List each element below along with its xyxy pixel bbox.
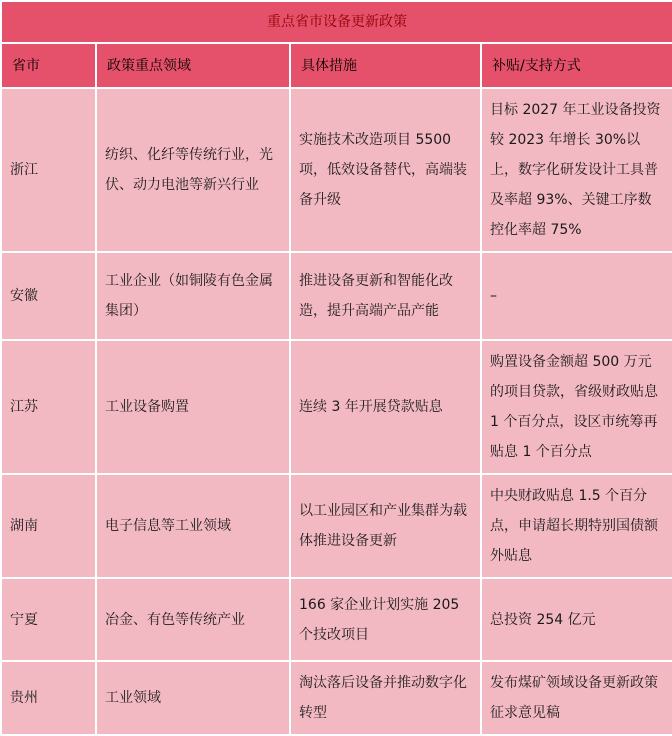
cell-policy-area: 工业企业（如铜陵有色金属集团） (96, 252, 290, 340)
cell-subsidy: 发布煤矿领域设备更新政策征求意见稿 (481, 661, 672, 735)
cell-policy-area: 工业领域 (96, 661, 290, 735)
column-header-measures: 具体措施 (290, 43, 481, 88)
cell-province: 宁夏 (1, 578, 96, 661)
cell-policy-area: 电子信息等工业领域 (96, 474, 290, 578)
column-header-policy-area: 政策重点领域 (96, 43, 290, 88)
title-row: 重点省市设备更新政策 (1, 1, 672, 43)
table-row: 浙江 纺织、化纤等传统行业，光伏、动力电池等新兴行业 实施技术改造项目 5500… (1, 88, 672, 252)
table-row: 宁夏 冶金、有色等传统产业 166 家企业计划实施 205 个技改项目 总投资 … (1, 578, 672, 661)
table-row: 湖南 电子信息等工业领域 以工业园区和产业集群为载体推进设备更新 中央财政贴息 … (1, 474, 672, 578)
cell-measures: 淘汰落后设备并推动数字化转型 (290, 661, 481, 735)
policy-table: 重点省市设备更新政策 省市 政策重点领域 具体措施 补贴/支持方式 浙江 纺织、… (0, 0, 672, 736)
table-row: 江苏 工业设备购置 连续 3 年开展贷款贴息 购置设备金额超 500 万元的项目… (1, 340, 672, 474)
column-header-province: 省市 (1, 43, 96, 88)
cell-measures: 连续 3 年开展贷款贴息 (290, 340, 481, 474)
column-header-subsidy: 补贴/支持方式 (481, 43, 672, 88)
cell-province: 贵州 (1, 661, 96, 735)
header-row: 省市 政策重点领域 具体措施 补贴/支持方式 (1, 43, 672, 88)
cell-measures: 166 家企业计划实施 205 个技改项目 (290, 578, 481, 661)
table-row: 贵州 工业领域 淘汰落后设备并推动数字化转型 发布煤矿领域设备更新政策征求意见稿 (1, 661, 672, 735)
cell-province: 江苏 (1, 340, 96, 474)
cell-measures: 以工业园区和产业集群为载体推进设备更新 (290, 474, 481, 578)
cell-subsidy: 购置设备金额超 500 万元的项目贷款，省级财政贴息 1 个百分点，设区市统筹再… (481, 340, 672, 474)
cell-province: 浙江 (1, 88, 96, 252)
cell-measures: 实施技术改造项目 5500 项，低效设备替代，高端装备升级 (290, 88, 481, 252)
cell-policy-area: 纺织、化纤等传统行业，光伏、动力电池等新兴行业 (96, 88, 290, 252)
cell-province: 湖南 (1, 474, 96, 578)
table-title: 重点省市设备更新政策 (1, 1, 672, 43)
cell-subsidy: – (481, 252, 672, 340)
cell-subsidy: 目标 2027 年工业设备投资较 2023 年增长 30%以上，数字化研发设计工… (481, 88, 672, 252)
cell-subsidy: 中央财政贴息 1.5 个百分点，申请超长期特别国债额外贴息 (481, 474, 672, 578)
cell-measures: 推进设备更新和智能化改造，提升高端产品产能 (290, 252, 481, 340)
table-row: 安徽 工业企业（如铜陵有色金属集团） 推进设备更新和智能化改造，提升高端产品产能… (1, 252, 672, 340)
cell-province: 安徽 (1, 252, 96, 340)
cell-policy-area: 工业设备购置 (96, 340, 290, 474)
cell-policy-area: 冶金、有色等传统产业 (96, 578, 290, 661)
cell-subsidy: 总投资 254 亿元 (481, 578, 672, 661)
